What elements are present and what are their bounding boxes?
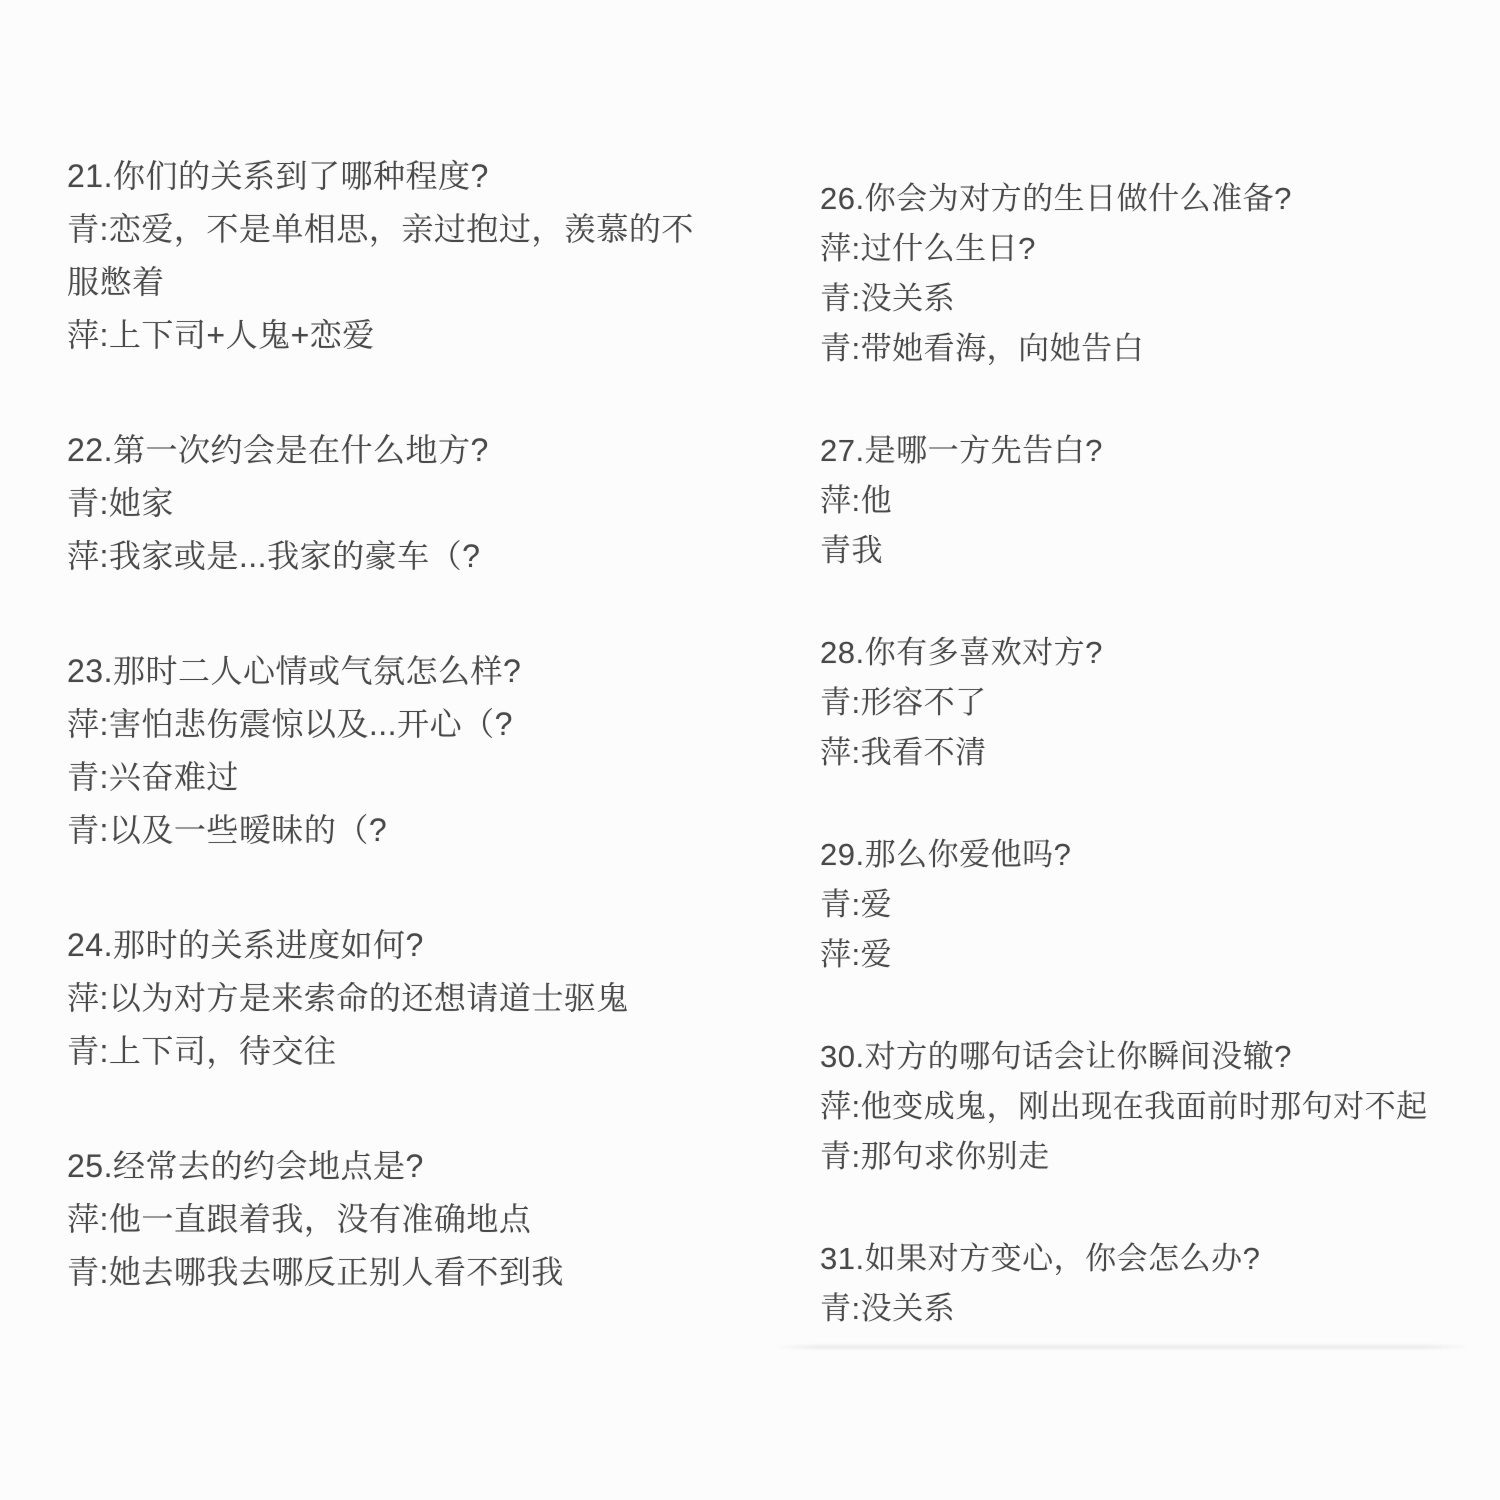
qa-block: 27.是哪一方先告白?萍:他青我 (820, 426, 1480, 576)
question-line: 28.你有多喜欢对方? (820, 628, 1480, 678)
question-line: 30.对方的哪句话会让你瞬间没辙? (820, 1032, 1480, 1082)
answer-line: 青我 (820, 526, 1480, 576)
answer-line: 萍:他变成鬼，刚出现在我面前时那句对不起 (820, 1082, 1480, 1132)
answer-line: 青:恋爱，不是单相思，亲过抱过，羡慕的不 (67, 203, 747, 256)
answer-line: 萍:以为对方是来索命的还想请道士驱鬼 (67, 972, 747, 1025)
question-line: 23.那时二人心情或气氛怎么样? (67, 645, 747, 698)
answer-line: 青:爱 (820, 880, 1480, 930)
qa-block: 25.经常去的约会地点是?萍:他一直跟着我，没有准确地点青:她去哪我去哪反正别人… (67, 1140, 747, 1299)
answer-line: 青:她去哪我去哪反正别人看不到我 (67, 1246, 747, 1299)
bottom-divider-line (777, 1345, 1468, 1349)
answer-line: 青:没关系 (820, 274, 1480, 324)
qa-block: 22.第一次约会是在什么地方?青:她家萍:我家或是...我家的豪车（? (67, 424, 747, 583)
question-line: 21.你们的关系到了哪种程度? (67, 150, 747, 203)
qa-column-left: 21.你们的关系到了哪种程度?青:恋爱，不是单相思，亲过抱过，羡慕的不服憋着萍:… (67, 150, 747, 1361)
answer-line: 萍:爱 (820, 930, 1480, 980)
qa-block: 31.如果对方变心，你会怎么办?青:没关系 (820, 1234, 1480, 1334)
question-line: 29.那么你爱他吗? (820, 830, 1480, 880)
answer-line: 萍:他一直跟着我，没有准确地点 (67, 1193, 747, 1246)
document-page: 21.你们的关系到了哪种程度?青:恋爱，不是单相思，亲过抱过，羡慕的不服憋着萍:… (0, 0, 1500, 1500)
qa-column-right: 26.你会为对方的生日做什么准备?萍:过什么生日?青:没关系青:带她看海，向她告… (820, 174, 1480, 1386)
qa-block: 29.那么你爱他吗?青:爱萍:爱 (820, 830, 1480, 980)
question-line: 26.你会为对方的生日做什么准备? (820, 174, 1480, 224)
question-line: 31.如果对方变心，你会怎么办? (820, 1234, 1480, 1284)
answer-line: 青:上下司，待交往 (67, 1025, 747, 1078)
answer-line: 萍:我家或是...我家的豪车（? (67, 530, 747, 583)
answer-line: 青:形容不了 (820, 678, 1480, 728)
answer-line: 青:以及一些暧昧的（? (67, 804, 747, 857)
qa-block: 26.你会为对方的生日做什么准备?萍:过什么生日?青:没关系青:带她看海，向她告… (820, 174, 1480, 374)
question-line: 25.经常去的约会地点是? (67, 1140, 747, 1193)
answer-line: 萍:过什么生日? (820, 224, 1480, 274)
question-line: 24.那时的关系进度如何? (67, 919, 747, 972)
answer-line: 萍:我看不清 (820, 728, 1480, 778)
qa-block: 30.对方的哪句话会让你瞬间没辙?萍:他变成鬼，刚出现在我面前时那句对不起青:那… (820, 1032, 1480, 1182)
answer-line: 萍:上下司+人鬼+恋爱 (67, 309, 747, 362)
answer-line: 青:她家 (67, 477, 747, 530)
question-line: 22.第一次约会是在什么地方? (67, 424, 747, 477)
qa-block: 24.那时的关系进度如何?萍:以为对方是来索命的还想请道士驱鬼青:上下司，待交往 (67, 919, 747, 1078)
answer-line: 萍:害怕悲伤震惊以及...开心（? (67, 698, 747, 751)
answer-line: 萍:他 (820, 476, 1480, 526)
answer-line: 青:那句求你别走 (820, 1132, 1480, 1182)
answer-line: 青:没关系 (820, 1284, 1480, 1334)
qa-block: 21.你们的关系到了哪种程度?青:恋爱，不是单相思，亲过抱过，羡慕的不服憋着萍:… (67, 150, 747, 362)
qa-block: 23.那时二人心情或气氛怎么样?萍:害怕悲伤震惊以及...开心（?青:兴奋难过青… (67, 645, 747, 857)
qa-block: 28.你有多喜欢对方?青:形容不了萍:我看不清 (820, 628, 1480, 778)
answer-line: 青:兴奋难过 (67, 751, 747, 804)
question-line: 27.是哪一方先告白? (820, 426, 1480, 476)
answer-line: 青:带她看海，向她告白 (820, 324, 1480, 374)
answer-line: 服憋着 (67, 256, 747, 309)
